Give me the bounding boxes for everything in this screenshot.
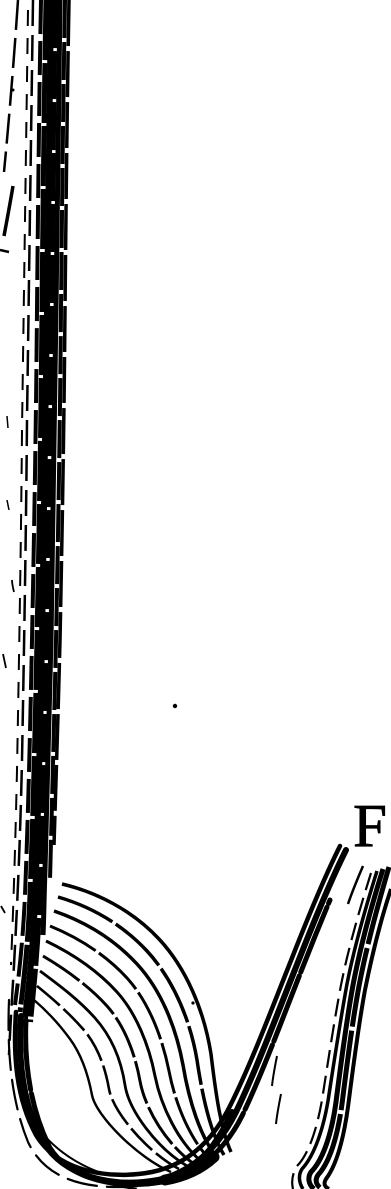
engraving-figure: F	[0, 0, 391, 1189]
right-bundle-dash	[348, 866, 363, 904]
ink-speck	[12, 89, 15, 92]
ink-dash	[3, 654, 6, 668]
fan-curve	[58, 897, 224, 1155]
top-left-line	[4, 0, 18, 172]
right-line	[309, 869, 383, 1189]
ink-dash	[7, 500, 9, 510]
ink-dash	[7, 416, 8, 428]
right-bundle-dash	[272, 1056, 277, 1086]
figure-label-f: F	[353, 793, 387, 860]
ink-dash	[0, 250, 9, 252]
ink-dash	[12, 580, 14, 592]
right-bundle-dash	[276, 1094, 281, 1124]
fan-curve-bundle	[34, 884, 231, 1172]
top-left-line-segment	[4, 186, 13, 236]
engraving-drawing: F	[0, 0, 391, 1189]
ink-speck	[191, 1001, 194, 1004]
ink-dash	[1, 906, 5, 913]
ink-dot	[173, 704, 177, 708]
right-line-bundle	[272, 866, 391, 1189]
